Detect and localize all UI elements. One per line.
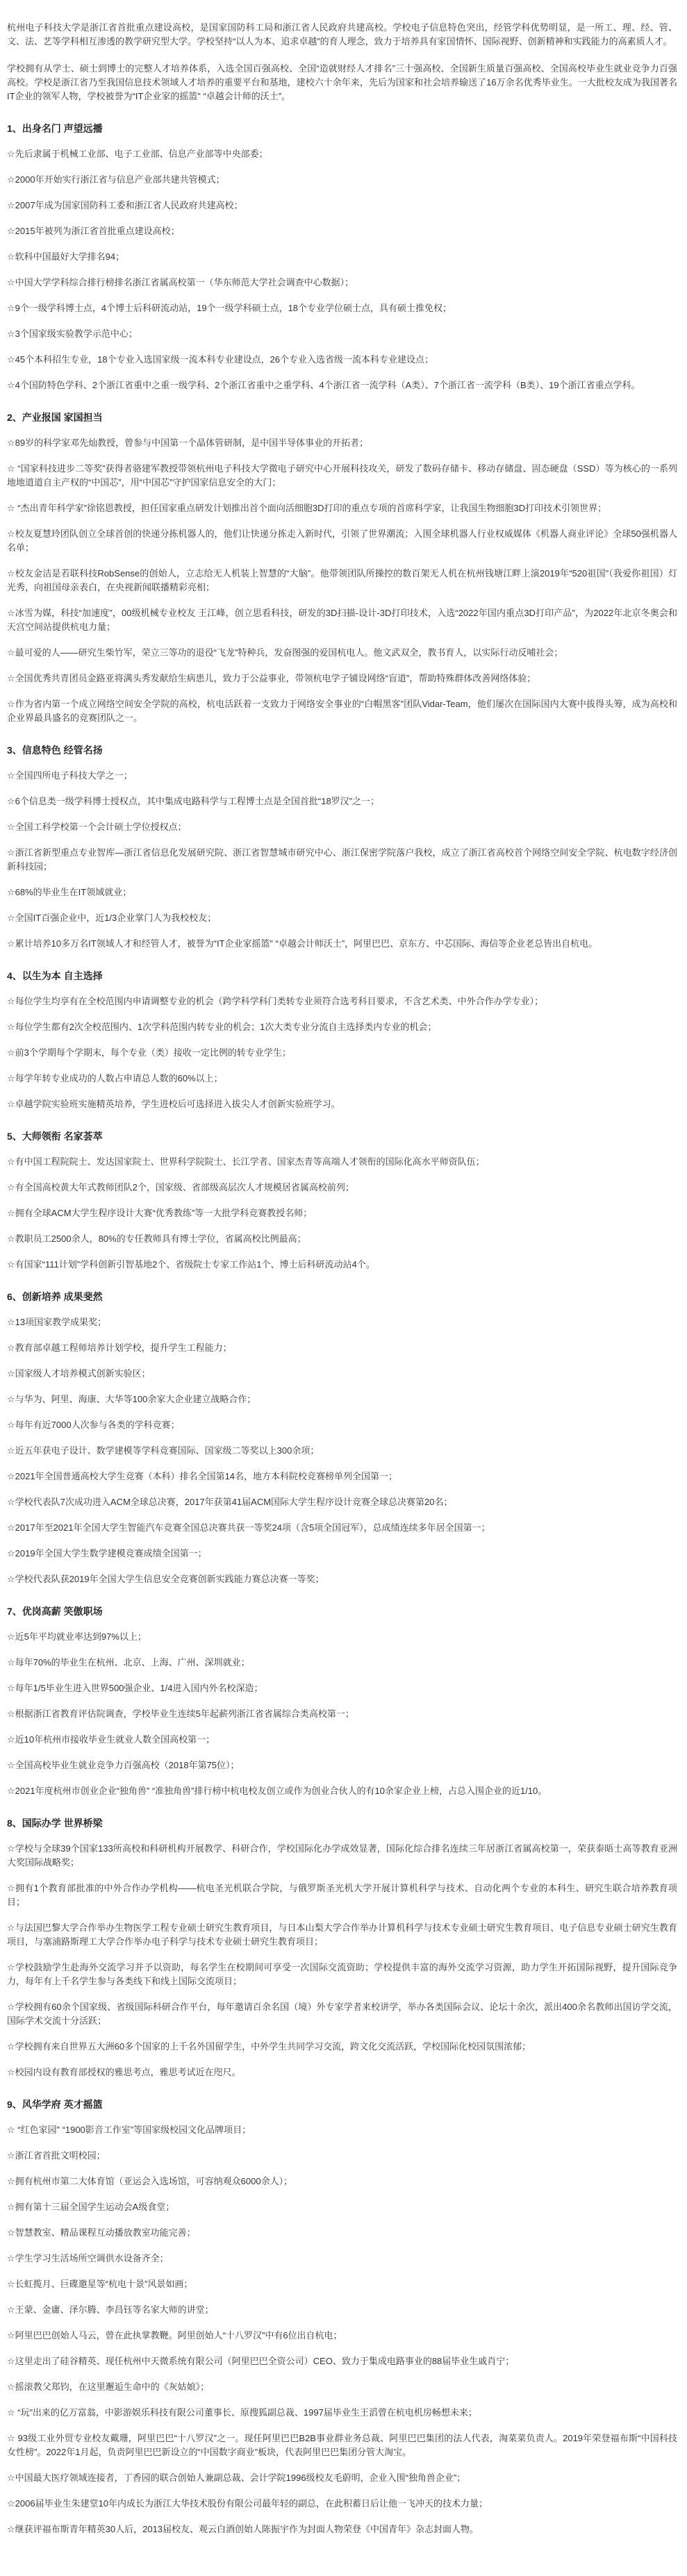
section-heading: 6、创新培养 成果斐然 — [7, 1290, 677, 1304]
section-heading: 9、风华学府 英才摇篮 — [7, 2097, 677, 2111]
bullet-item: ☆2019年全国大学生数学建模竞赛成绩全国第一； — [7, 1547, 677, 1561]
bullet-item: ☆学校代表队获2019年全国大学生信息安全竞赛创新实践能力赛总决赛一等奖； — [7, 1572, 677, 1586]
bullet-item: ☆中国大学学科综合排行榜排名浙江省属高校第一（华东师范大学社会调查中心数据）； — [7, 276, 677, 290]
bullet-item: ☆最可爱的人——研究生柴竹军，荣立三等功的退役“飞龙”特种兵，发奋图强的爱国杭电… — [7, 646, 677, 660]
bullet-item: ☆摇滚教父郑钧，在这里邂逅生命中的《灰姑娘》； — [7, 2380, 677, 2394]
bullet-item: ☆王蒙、金庸、泽尔腾、李昌钰等名家大师的讲堂； — [7, 2303, 677, 2317]
bullet-item: ☆拥有全球ACM大学生程序设计大赛“优秀教练”等一大批学科竞赛教授名师； — [7, 1206, 677, 1220]
intro-paragraph: 杭州电子科技大学是浙江省首批重点建设高校，是国家国防科工局和浙江省人民政府共建高… — [7, 21, 677, 49]
bullet-item: ☆软科中国最好大学排名94； — [7, 250, 677, 264]
bullet-item: ☆教育部卓越工程师培养计划学校，提升学生工程能力； — [7, 1341, 677, 1355]
bullet-item: ☆每年有近7000人次参与各类的学科竞赛； — [7, 1418, 677, 1432]
bullet-item: ☆冰雪为媒，科技“加速度”，00级机械专业校友 王江峰，创立思看科技，研发的3D… — [7, 606, 677, 634]
section-heading: 2、产业报国 家国担当 — [7, 410, 677, 424]
bullet-item: ☆教职员工2500余人，80%的专任教师具有博士学位，省属高校比例最高； — [7, 1232, 677, 1246]
bullet-item: ☆作为省内第一个成立网络空间安全学院的高校，杭电活跃着一支致力于网络安全事业的“… — [7, 697, 677, 725]
bullet-item: ☆校友金洁是若联科技RobSense的创始人，立志给无人机装上智慧的“大脑”。他… — [7, 567, 677, 595]
bullet-item: ☆近10年杭州市接收毕业生就业人数全国高校第一； — [7, 1733, 677, 1747]
bullet-item: ☆ “国家科技进步二等奖”获得者骆建军教授带领杭州电子科技大学微电子研究中心开展… — [7, 462, 677, 490]
bullet-item: ☆浙江省首批文明校园； — [7, 2149, 677, 2163]
bullet-item: ☆中国最大医疗领域连接者，丁香园的联合创始人兼副总裁、会计学院1996级校友毛蔚… — [7, 2471, 677, 2485]
bullet-item: ☆根据浙江省教育评估院调查，学校毕业生连续5年起薪列浙江省省属综合类高校第一； — [7, 1707, 677, 1721]
bullet-item: ☆13项国家教学成果奖； — [7, 1315, 677, 1329]
article: 杭州电子科技大学是浙江省首批重点建设高校，是国家国防科工局和浙江省人民政府共建高… — [0, 0, 687, 2576]
section-heading: 3、信息特色 经管名扬 — [7, 743, 677, 757]
bullet-item: ☆ “杰出青年科学家”徐铭恩教授，担任国家重点研发计划推出首个面向活细胞3D打印… — [7, 501, 677, 515]
bullet-item: ☆ “红色家园” “1900影音工作室”等国家级校园文化品牌项目； — [7, 2123, 677, 2137]
bullet-item: ☆全国优秀共青团员金路亚将满头秀发献给生病患儿，致力于公益事业，带领杭电学子铺设… — [7, 672, 677, 685]
bullet-item: ☆近5年平均就业率达到97%以上； — [7, 1630, 677, 1644]
bullet-item: ☆2021年全国普通高校大学生竞赛（本科）排名全国第14名，地方本科院校竞赛榜单… — [7, 1470, 677, 1484]
bullet-item: ☆拥有杭州市第二大体育馆（亚运会入选场馆，可容纳观众6000余人）； — [7, 2175, 677, 2188]
bullet-item: ☆学校拥有60余个国家级、省级国际科研合作平台，每年邀请百余名国（境）外专家学者… — [7, 2000, 677, 2028]
bullet-item: ☆全国IT百强企业中，近1/3企业掌门人为我校校友； — [7, 911, 677, 925]
bullet-item: ☆全国高校毕业生就业竞争力百强高校（2018年第75位）； — [7, 1759, 677, 1772]
bullet-item: ☆每位学生均享有在全校范围内申请调整专业的机会（跨学科学科门类转专业须符合选考科… — [7, 995, 677, 1008]
bullet-item: ☆学校鼓励学生赴海外交流学习并予以资助，每名学生在校期间可享受一次国际交流资助；… — [7, 1961, 677, 1988]
bullet-item: ☆校友夏慧玲团队创立全球首创的快递分拣机器人的，他们让快递分拣走入新时代，引领了… — [7, 527, 677, 555]
bullet-item: ☆有全国高校黄大年式教师团队2个，国家级、省部级高层次人才规模居省属高校前列； — [7, 1181, 677, 1195]
bullet-item: ☆拥有第十三届全国学生运动会A级食堂； — [7, 2200, 677, 2214]
bullet-item: ☆阿里巴巴创始人马云，曾在此执掌教鞭。阿里创始人“十八罗汉”中有6位出自杭电； — [7, 2329, 677, 2343]
bullet-item: ☆4个国防特色学科、2个浙江省重中之重一级学科、2个浙江省重中之重学科、4个浙江… — [7, 379, 677, 392]
bullet-item: ☆89岁的科学家邓先灿教授，曾参与中国第一个晶体管研制，是中国半导体事业的开拓者… — [7, 436, 677, 450]
bullet-item: ☆与法国巴黎大学合作举办生物医学工程专业硕士研究生教育项目，与日本山梨大学合作举… — [7, 1921, 677, 1949]
bullet-item: ☆6个信息类一级学科博士授权点，其中集成电路科学与工程博士点是全国首批“18罗汉… — [7, 795, 677, 808]
bullet-item: ☆2017年至2021年全国大学生智能汽车竞赛全国总决赛共获一等奖24项（含5项… — [7, 1521, 677, 1535]
section-heading: 5、大师领衔 名家荟萃 — [7, 1129, 677, 1143]
bullet-item: ☆45个本科招生专业，18个专业入选国家级一流本科专业建设点，26个专业入选省级… — [7, 353, 677, 367]
section-heading: 4、以生为本 自主选择 — [7, 969, 677, 983]
bullet-item: ☆3个国家级实验教学示范中心； — [7, 327, 677, 341]
bullet-item: ☆2021年度杭州市创业企业“独角兽” “准独角兽”排行榜中杭电校友创立或作为创… — [7, 1784, 677, 1798]
bullet-item: ☆近五年获电子设计、数学建模等学科竞赛国际、国家级二等奖以上300余项； — [7, 1444, 677, 1458]
bullet-item: ☆国家级人才培养模式创新实验区； — [7, 1367, 677, 1381]
bullet-item: ☆68%的毕业生在IT领域就业； — [7, 886, 677, 899]
section-heading: 1、出身名门 声望远播 — [7, 122, 677, 135]
bullet-item: ☆每位学生都有2次全校范围内、1次学科范围内转专业的机会；1次大类专业分流自主选… — [7, 1020, 677, 1034]
bullet-item: ☆学校与全球39个国家133所高校和科研机构开展教学、科研合作，学校国际化办学成… — [7, 1842, 677, 1870]
bullet-item: ☆每学年转专业成功的人数占申请总人数的60%以上； — [7, 1072, 677, 1086]
bullet-item: ☆学校拥有来自世界五大洲60多个国家的上千名外国留学生，中外学生共同学习交流，跨… — [7, 2040, 677, 2054]
bullet-item: ☆拥有1个教育部批准的中外合作办学机构——杭电圣光机联合学院，与俄罗斯圣光机大学… — [7, 1881, 677, 1909]
bullet-item: ☆累计培养10多万名IT领域人才和经管人才，被誉为“IT企业家摇篮” “卓越会计… — [7, 937, 677, 951]
bullet-item: ☆这里走出了硅谷精英、现任杭州中天微系统有限公司（阿里巴巴全资公司）CEO、致力… — [7, 2354, 677, 2368]
bullet-item: ☆全国工科学校第一个会计硕士学位授权点； — [7, 820, 677, 834]
bullet-item: ☆每年1/5毕业生进入世界500强企业、1/4进入国内外名校深造； — [7, 1681, 677, 1695]
section-heading: 7、优岗高薪 笑傲职场 — [7, 1604, 677, 1618]
bullet-item: ☆2006届毕业生朱建堂10年内成长为浙江大华技术股份有限公司最年轻的副总，在此… — [7, 2497, 677, 2511]
bullet-item: ☆浙江省新型重点专业智库—浙江省信息化发展研究院、浙江省智慧城市研究中心、浙江保… — [7, 846, 677, 874]
bullet-item: ☆有国家“111计划”学科创新引智基地2个、省级院士专家工作站1个、博士后科研流… — [7, 1258, 677, 1272]
bullet-item: ☆智慧教室、精品课程互动播放教室功能完善； — [7, 2226, 677, 2240]
bullet-item: ☆与华为、阿里、海康、大华等100余家大企业建立战略合作； — [7, 1393, 677, 1406]
bullet-item: ☆2015年被列为浙江省首批重点建设高校； — [7, 224, 677, 238]
bullet-item: ☆2007年成为国家国防科工委和浙江省人民政府共建高校； — [7, 199, 677, 213]
bullet-item: ☆学校代表队7次成功进入ACM全球总决赛，2017年获第41届ACM国际大学生程… — [7, 1495, 677, 1509]
bullet-item: ☆校园内设有教育部授权的雅思考点，雅思考试近在咫尺。 — [7, 2066, 677, 2079]
bullet-item: ☆2000年开始实行浙江省与信息产业部共建共管模式； — [7, 173, 677, 187]
bullet-item: ☆卓越学院实验班实施精英培养，学生进校后可选择进入拔尖人才创新实验班学习。 — [7, 1097, 677, 1111]
bullet-item: ☆长虹揽月、巨碟邀星等“杭电十景”风景如画； — [7, 2277, 677, 2291]
bullet-item: ☆继获评福布斯青年精英30人后，2013届校友、观云白酒创始人陈振宇作为封面人物… — [7, 2523, 677, 2536]
bullet-item: ☆学生学习生活场所空调供水设备齐全； — [7, 2252, 677, 2266]
bullet-item: ☆前3个学期每个学期末，每个专业（类）接收一定比例的转专业学生； — [7, 1046, 677, 1060]
bullet-item: ☆先后隶属于机械工业部、电子工业部、信息产业部等中央部委； — [7, 147, 677, 161]
bullet-item: ☆ “玩”出来的亿万富翁，中影游娱乐科技有限公司董事长、原搜狐副总裁、1997届… — [7, 2406, 677, 2420]
bullet-item: ☆有中国工程院院士、发达国家院士、世界科学院院士、长江学者、国家杰青等高端人才领… — [7, 1155, 677, 1169]
intro-paragraph: 学校拥有从学士、硕士到博士的完整人才培养体系，入选全国百强高校、全国“造就财经人… — [7, 62, 677, 103]
section-heading: 8、国际办学 世界桥梁 — [7, 1816, 677, 1830]
bullet-item: ☆9个一级学科博士点，4个博士后科研流动站，19个一级学科硕士点，18个专业学位… — [7, 301, 677, 315]
bullet-item: ☆ 93级工业外贸专业校友戴珊，阿里巴巴“十八罗汉”之一。现任阿里巴巴B2B事业… — [7, 2432, 677, 2459]
bullet-item: ☆全国四所电子科技大学之一； — [7, 769, 677, 783]
bullet-item: ☆每年70%的毕业生在杭州、北京、上海、广州、深圳就业； — [7, 1656, 677, 1670]
